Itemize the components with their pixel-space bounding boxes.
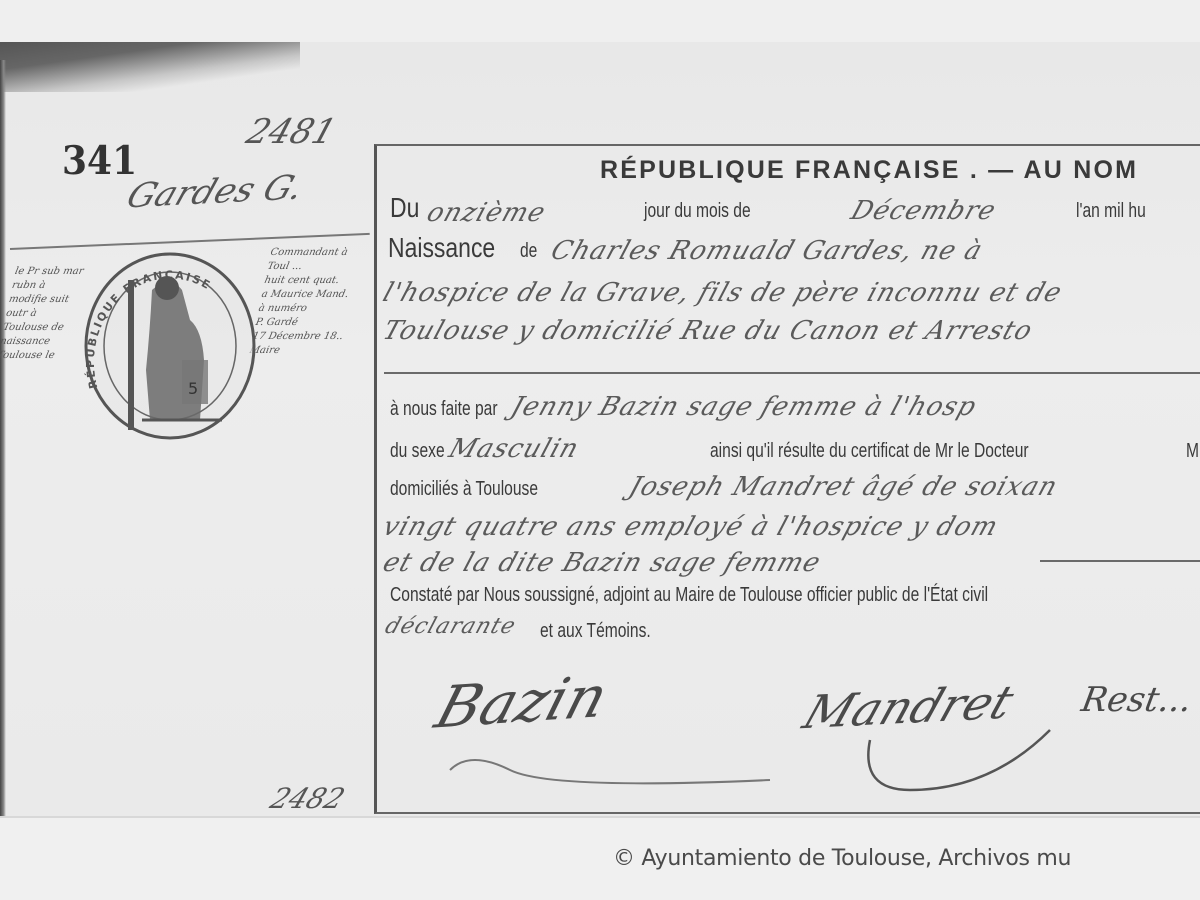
- margin-note-line: P. Gardé: [254, 316, 367, 330]
- handwritten-line-8: vingt quatre ans employé à l'hospice y d…: [379, 512, 1002, 542]
- handwritten-line-9: et de la dite Bazin sage femme: [379, 548, 825, 578]
- handwritten-declarant: Jenny Bazin sage femme à l'hosp: [507, 392, 980, 422]
- margin-note-line: a Maurice Mand.: [260, 288, 373, 302]
- fill-line: [1040, 560, 1200, 562]
- printed-domicilies-toulouse: domiciliés à Toulouse: [390, 478, 538, 501]
- margin-note-line: rubn à: [10, 279, 91, 293]
- printed-jour-du-mois: jour du mois de: [644, 200, 751, 223]
- handwritten-line-3: l'hospice de la Grave, fils de père inco…: [379, 278, 1066, 308]
- signature-third: Rest...: [1078, 680, 1194, 720]
- margin-note-line: à numéro: [257, 302, 370, 316]
- handwritten-month: Décembre: [847, 196, 1000, 226]
- printed-du: Du: [390, 192, 419, 224]
- margin-note-line: naissance: [0, 335, 80, 349]
- register-number: 341: [62, 138, 137, 184]
- margin-note-line: modifie suit: [7, 293, 88, 307]
- printed-ainsi-certificat: ainsi qu'il résulte du certificat de Mr …: [710, 440, 1029, 463]
- republic-seal-stamp-icon: RÉPUBLIQUE FRANÇAISE 5: [82, 250, 258, 442]
- margin-note-line: Maire: [248, 344, 361, 358]
- margin-note-line: outr à: [5, 307, 86, 321]
- handwritten-entry-number-bottom: 2482: [266, 782, 349, 815]
- copyright-credit: © Ayuntamiento de Toulouse, Archivos mu: [613, 846, 1071, 871]
- svg-text:5: 5: [188, 379, 198, 398]
- signature-flourish-icon: [440, 740, 780, 800]
- handwritten-line-4: Toulouse y domicilié Rue du Canon et Arr…: [379, 316, 1037, 346]
- printed-de: de: [520, 240, 537, 263]
- form-title: RÉPUBLIQUE FRANÇAISE . — AU NOM: [600, 156, 1138, 185]
- printed-naissance: Naissance: [388, 232, 495, 264]
- handwritten-entry-number-top: 2481: [242, 112, 342, 152]
- printed-aux-temoins: et aux Témoins.: [540, 620, 651, 643]
- printed-a-nous-faite-par: à nous faite par: [390, 398, 498, 421]
- signature-bazin: Bazin: [428, 662, 615, 741]
- handwritten-declarante: déclarante: [382, 614, 519, 639]
- printed-du-sexe: du sexe: [390, 440, 445, 463]
- handwritten-sex: Masculin: [445, 434, 583, 464]
- printed-an-mil: l'an mil hu: [1076, 200, 1146, 223]
- scan-top-margin: [0, 0, 1200, 42]
- handwritten-witness: Joseph Mandret âgé de soixan: [625, 472, 1062, 502]
- printed-constate-par: Constaté par Nous soussigné, adjoint au …: [390, 584, 988, 607]
- margin-note-line: 17 Décembre 18..: [251, 330, 364, 344]
- margin-note-line: Commandant à: [269, 246, 382, 260]
- handwritten-day: onzième: [423, 198, 550, 228]
- handwritten-child-name: Charles Romuald Gardes, ne à: [547, 236, 986, 266]
- margin-note-line: Toul ...: [266, 260, 379, 274]
- signature-flourish-icon: [850, 720, 1070, 800]
- page-left-edge: [0, 60, 6, 820]
- margin-note-line: huit cent quat.: [263, 274, 376, 288]
- margin-note-line: Toulouse de: [2, 321, 83, 335]
- printed-line6-end: M: [1186, 440, 1199, 463]
- section-divider: [384, 372, 1200, 374]
- page-fold-shadow: [0, 42, 300, 92]
- margin-note-line: Toulouse le: [0, 349, 77, 363]
